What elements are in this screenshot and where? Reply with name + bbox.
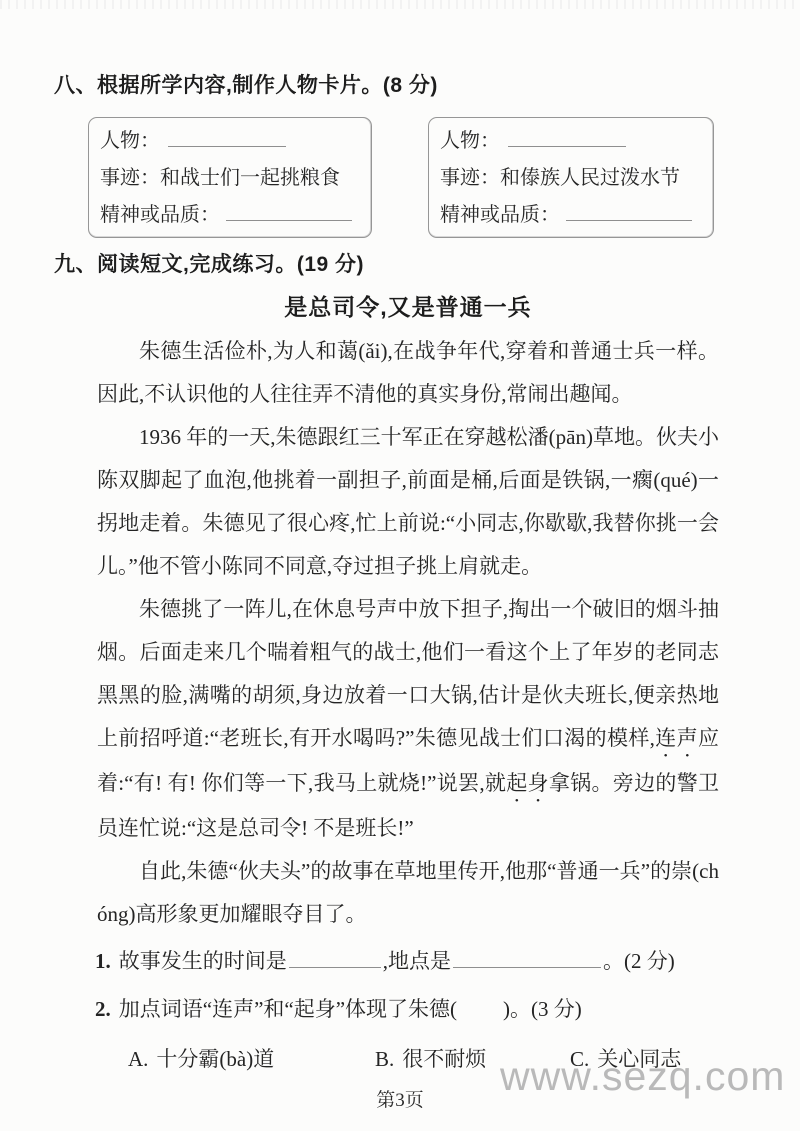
question-1: 1.故事发生的时间是,地点是。(2 分) xyxy=(95,944,740,978)
card1-deed-label: 事迹： xyxy=(100,167,160,189)
card1-person-blank xyxy=(168,130,286,147)
card2-deed-label: 事迹： xyxy=(440,167,500,189)
question-1-post-text: 。(2 分) xyxy=(603,949,675,973)
emphasized-word: 起身 xyxy=(506,771,549,795)
page-number: 第3页 xyxy=(0,1085,800,1112)
option-b-label: B. xyxy=(375,1047,394,1071)
question-2-number: 2. xyxy=(95,997,111,1021)
card1-quality-row: 精神或品质： xyxy=(100,197,360,234)
question-1-pre-text: 故事发生的时间是 xyxy=(119,949,287,973)
card2-person-label: 人物： xyxy=(440,130,500,152)
card2-person-blank xyxy=(508,130,626,147)
option-a-label: A. xyxy=(128,1047,148,1071)
card1-person-label: 人物： xyxy=(100,130,160,152)
question-1-blank-time xyxy=(289,951,381,968)
question-2-end: )。(3 分) xyxy=(503,997,582,1021)
card1-deed-row: 事迹：和战士们一起挑粮食 xyxy=(100,160,360,197)
section-9-heading: 九、阅读短文,完成练习。(19 分) xyxy=(54,248,364,278)
card1-quality-label: 精神或品质： xyxy=(100,204,220,226)
question-2-stem: 加点词语“连声”和“起身”体现了朱德( xyxy=(119,997,457,1021)
passage-paragraph: 朱德生活俭朴,为人和蔼(ǎi),在战争年代,穿着和普通士兵一样。因此,不认识他的… xyxy=(97,330,719,416)
card1-deed-text: 和战士们一起挑粮食 xyxy=(160,167,340,189)
passage-paragraph: 1936 年的一天,朱德跟红三十军正在穿越松潘(pān)草地。伙夫小陈双脚起了血… xyxy=(97,416,719,588)
character-card-1: 人物： 事迹：和战士们一起挑粮食 精神或品质： xyxy=(88,117,372,238)
question-2: 2.加点词语“连声”和“起身”体现了朱德()。(3 分) xyxy=(95,992,740,1026)
card2-quality-blank xyxy=(566,204,692,221)
card2-quality-row: 精神或品质： xyxy=(440,197,702,234)
question-1-blank-place xyxy=(453,951,601,968)
option-b-text: 很不耐烦 xyxy=(402,1047,486,1071)
scan-artifact-top-edge xyxy=(0,0,800,9)
emphasized-word: 连声 xyxy=(655,726,698,750)
option-a-text: 十分霸(bà)道 xyxy=(156,1047,274,1071)
section-8-heading: 八、根据所学内容,制作人物卡片。(8 分) xyxy=(54,69,438,99)
reading-passage: 朱德生活俭朴,为人和蔼(ǎi),在战争年代,穿着和普通士兵一样。因此,不认识他的… xyxy=(97,330,719,936)
character-card-2: 人物： 事迹：和傣族人民过泼水节 精神或品质： xyxy=(428,117,714,238)
option-a: A.十分霸(bà)道 xyxy=(128,1042,375,1076)
card1-quality-blank xyxy=(226,204,352,221)
card2-deed-text: 和傣族人民过泼水节 xyxy=(500,167,680,189)
passage-paragraph: 自此,朱德“伙夫头”的故事在草地里传开,他那“普通一兵”的崇(chóng)高形象… xyxy=(97,850,719,936)
question-1-mid-text: ,地点是 xyxy=(383,949,451,973)
passage-title: 是总司令,又是普通一兵 xyxy=(97,289,719,322)
card2-deed-row: 事迹：和傣族人民过泼水节 xyxy=(440,160,702,197)
card2-quality-label: 精神或品质： xyxy=(440,204,560,226)
card1-person-row: 人物： xyxy=(100,123,360,160)
passage-paragraph: 朱德挑了一阵儿,在休息号声中放下担子,掏出一个破旧的烟斗抽烟。后面走来几个喘着粗… xyxy=(97,588,719,850)
question-1-number: 1. xyxy=(95,949,111,973)
card2-person-row: 人物： xyxy=(440,123,702,160)
scanned-test-paper-page: 八、根据所学内容,制作人物卡片。(8 分) 人物： 事迹：和战士们一起挑粮食 精… xyxy=(0,0,800,1131)
